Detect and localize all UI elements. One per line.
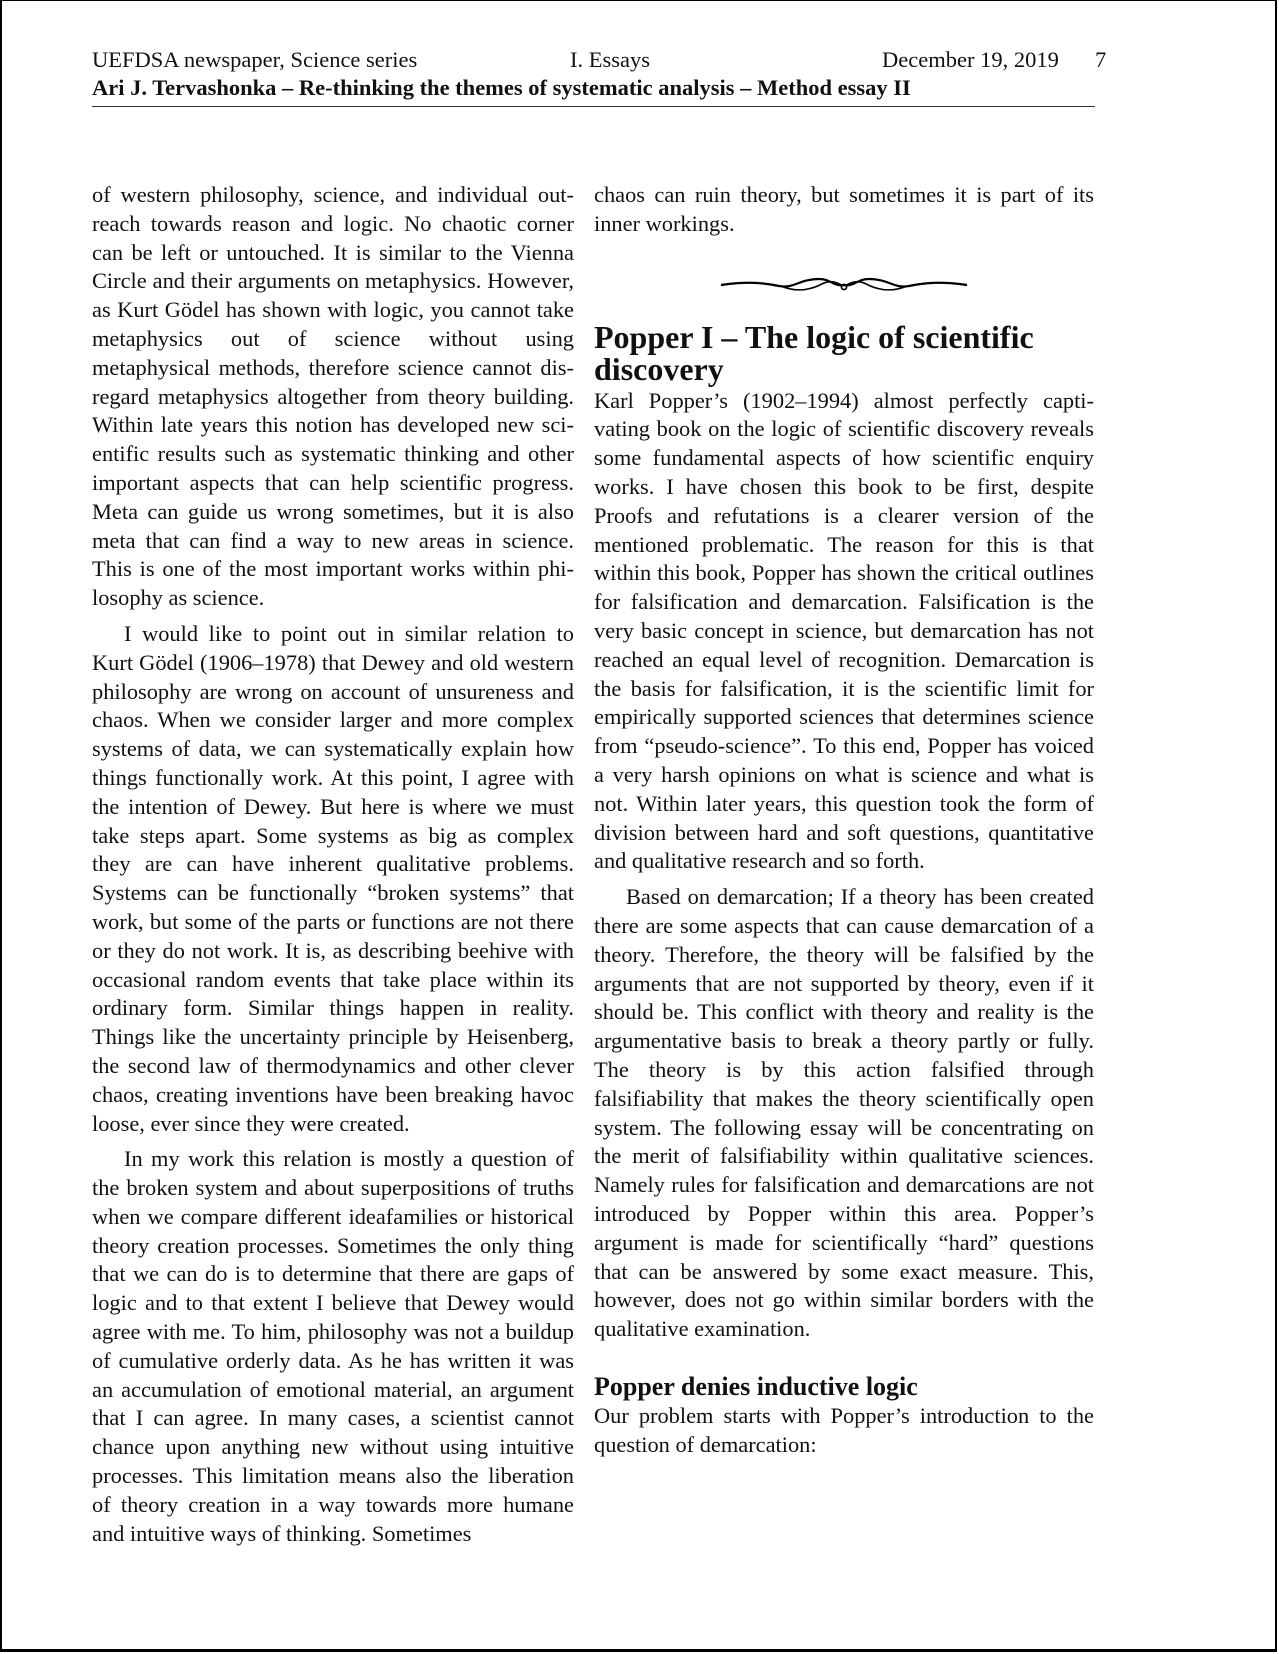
left-column: of western philosophy, science, and indi… [92,181,574,1548]
right-column: chaos can ruin theory, but sometimes it … [594,181,1094,1459]
paragraph: of western philosophy, science, and indi… [92,181,574,613]
subsection-title: Popper denies inductive logic [594,1372,1094,1402]
paragraph: Karl Popper’s (1902–1994) almost perfect… [594,387,1094,877]
paragraph: In my work this relation is mostly a que… [92,1145,574,1548]
publication-name: UEFDSA newspaper, Science series [92,46,417,74]
section-name: I. Essays [570,46,650,74]
publication-date: December 19, 2019 [882,46,1059,74]
flourish-divider-icon [719,273,969,295]
paragraph: I would like to point out in similar rel… [92,620,574,1138]
paragraph: chaos can ruin theory, but sometimes it … [594,181,1094,239]
paragraph: Based on demarcation; If a theory has be… [594,883,1094,1344]
running-title: Ari J. Tervashonka – Re-thinking the the… [92,74,1093,102]
page-number: 7 [1095,46,1106,74]
header-divider [92,106,1095,107]
paragraph: Our problem starts with Popper’s introdu… [594,1402,1094,1460]
page-header: UEFDSA newspaper, Science series I. Essa… [92,46,1093,102]
header-meta-row: UEFDSA newspaper, Science series I. Essa… [92,46,1093,74]
section-title: Popper I – The logic of scientific disco… [594,321,1094,385]
